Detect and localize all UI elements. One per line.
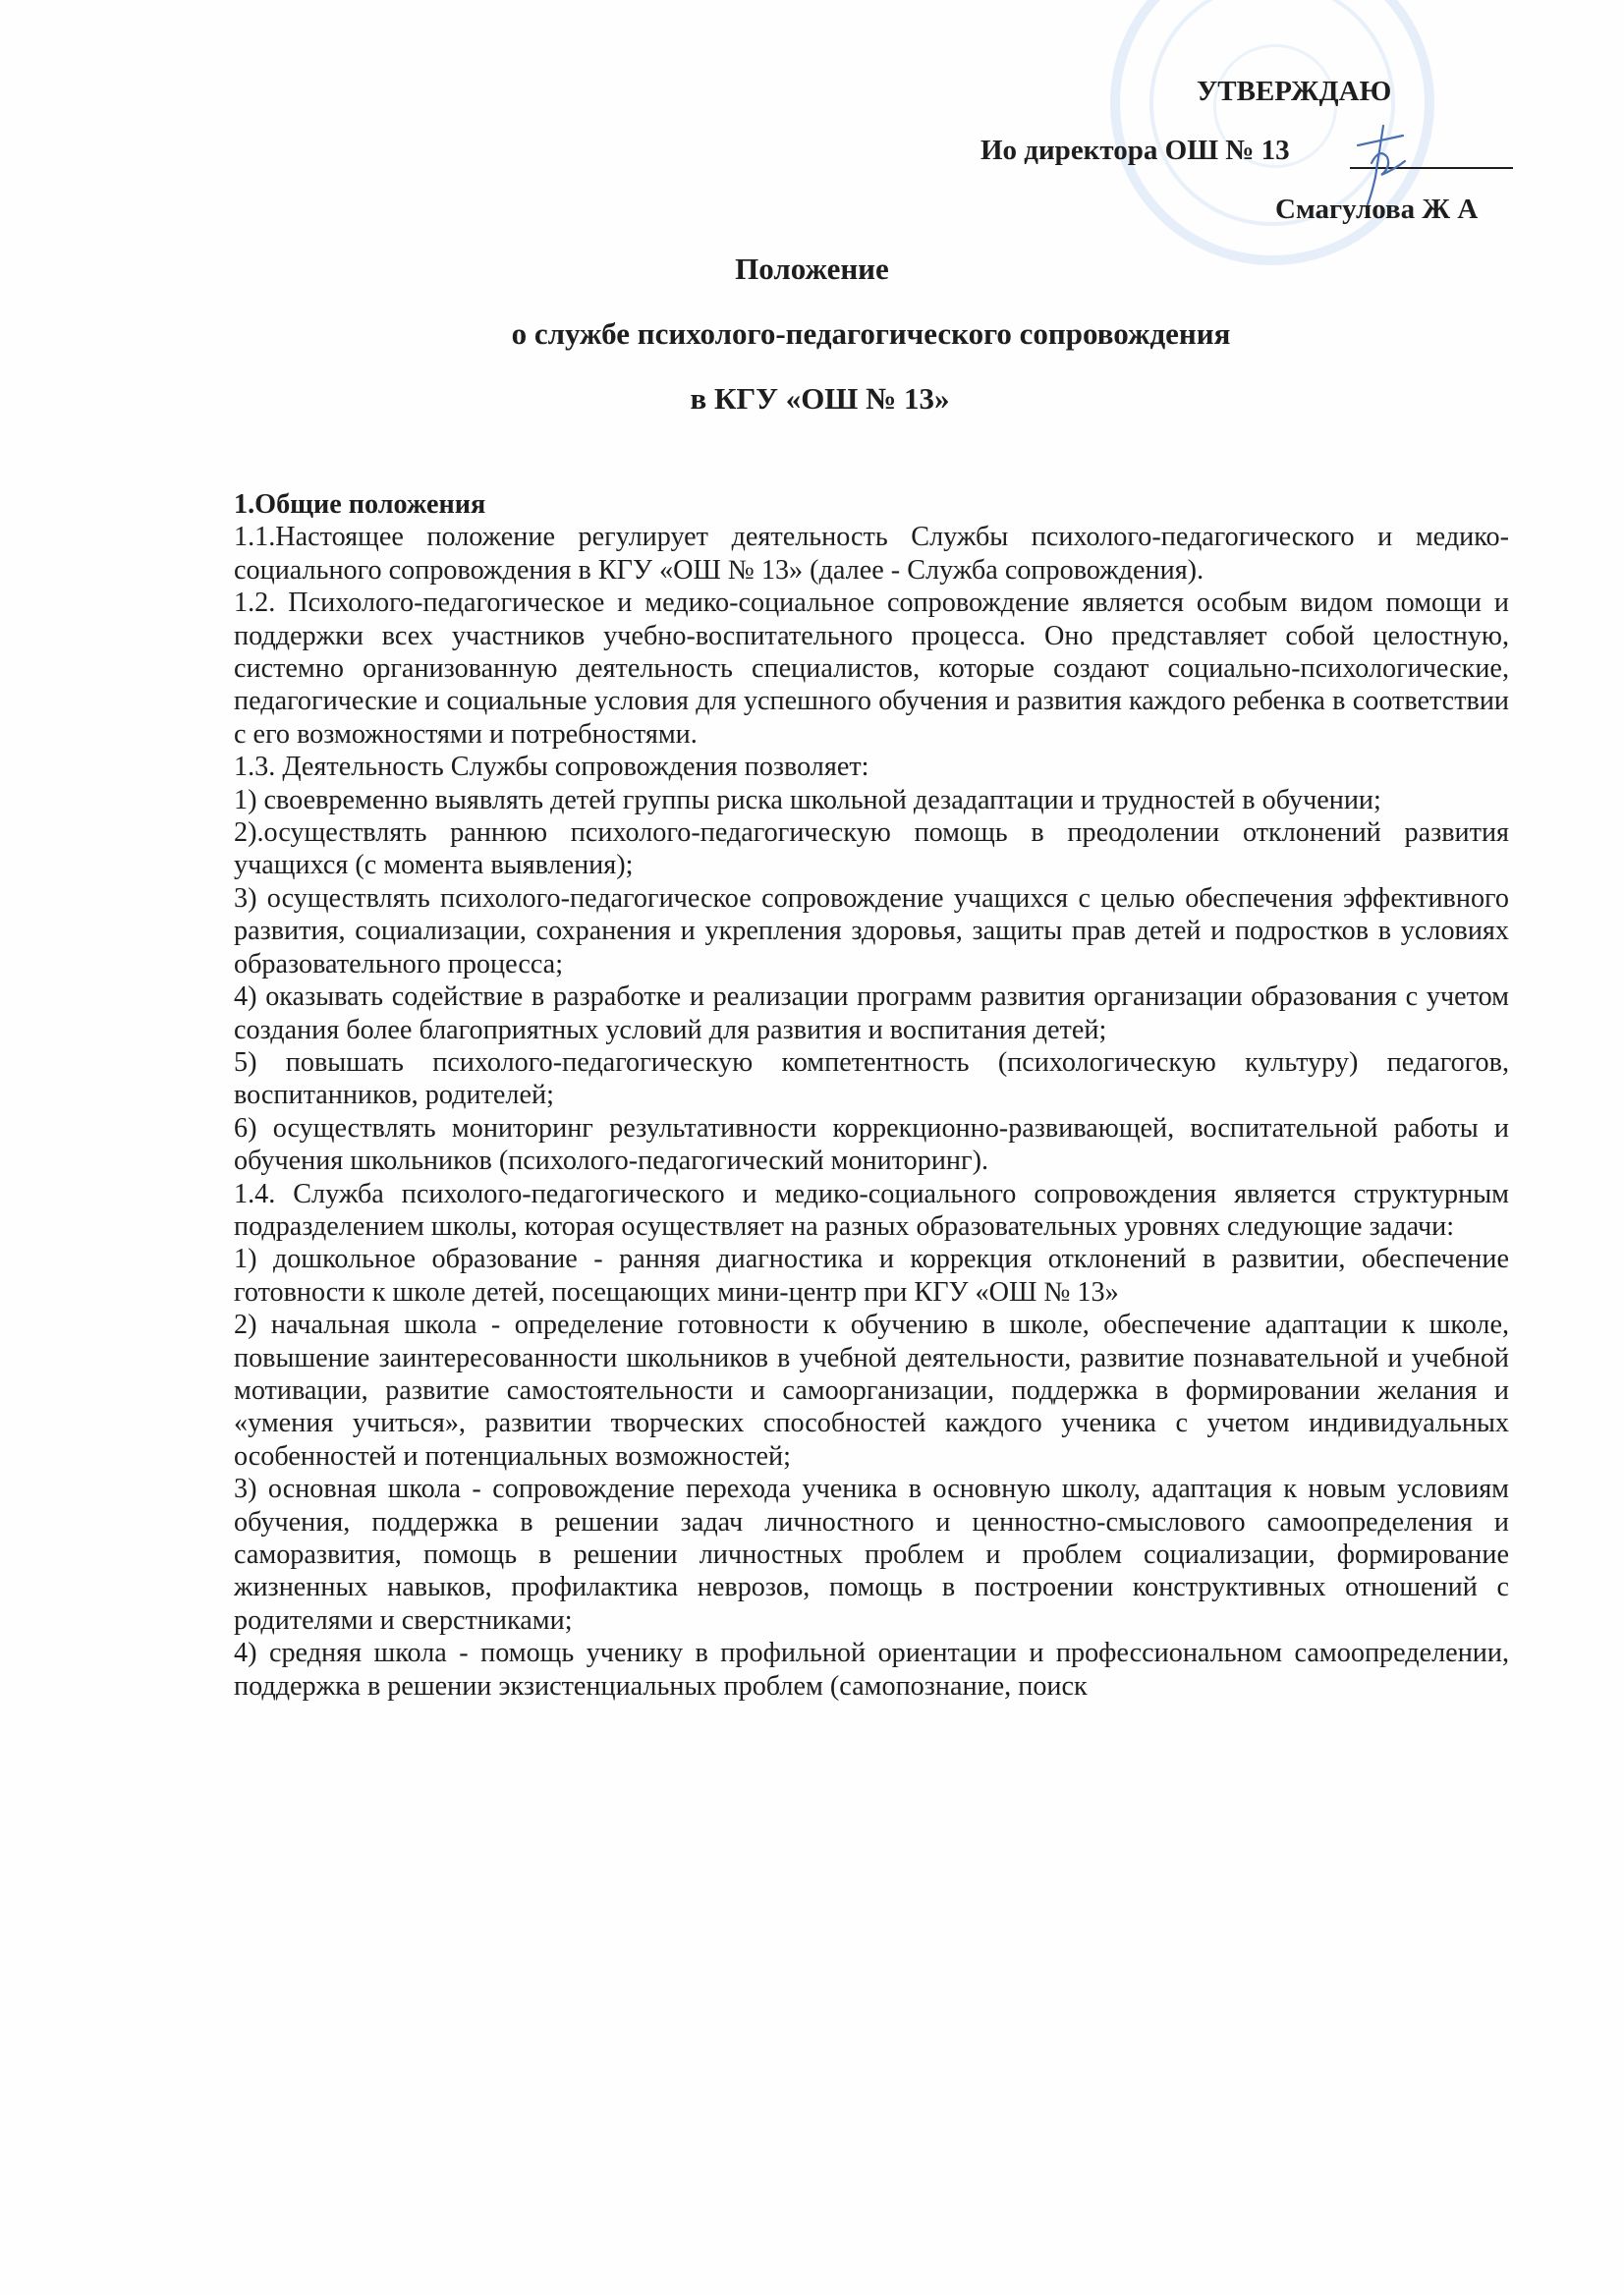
document-subtitle: о службе психолого-педагогического сопро… xyxy=(59,316,1624,352)
document-body: 1.Общие положения 1.1.Настоящее положени… xyxy=(234,488,1509,1703)
document-title: Положение xyxy=(0,252,1624,287)
paragraph-1-2: 1.2. Психолого-педагогическое и медико-с… xyxy=(234,587,1509,751)
list-item: 3) основная школа - сопровождение перехо… xyxy=(234,1473,1509,1637)
section-heading: 1.Общие положения xyxy=(234,488,1509,521)
list-item: 5) повышать психолого-педагогическую ком… xyxy=(234,1046,1509,1112)
list-item: 1) дошкольное образование - ранняя диагн… xyxy=(234,1243,1509,1309)
list-item: 2).осуществлять раннюю психолого-педагог… xyxy=(234,816,1509,882)
approval-title: УТВЕРЖДАЮ xyxy=(1197,76,1391,108)
document-page: УТВЕРЖДАЮ Ио директора ОШ № 13 Смагулова… xyxy=(0,0,1624,2295)
list-item: 1) своевременно выявлять детей группы ри… xyxy=(234,784,1509,816)
list-item: 4) средняя школа - помощь ученику в проф… xyxy=(234,1637,1509,1703)
list-item: 3) осуществлять психолого-педагогическое… xyxy=(234,882,1509,980)
list-item: 6) осуществлять мониторинг результативно… xyxy=(234,1112,1509,1178)
document-institution: в КГУ «ОШ № 13» xyxy=(8,381,1624,417)
paragraph-1-1: 1.1.Настоящее положение регулирует деяте… xyxy=(234,521,1509,587)
approval-position: Ио директора ОШ № 13 xyxy=(980,135,1290,167)
paragraph-1-4: 1.4. Служба психолого-педагогического и … xyxy=(234,1178,1509,1244)
list-item: 2) начальная школа - определение готовно… xyxy=(234,1309,1509,1473)
paragraph-1-3: 1.3. Деятельность Службы сопровождения п… xyxy=(234,751,1509,783)
approval-name: Смагулова Ж А xyxy=(1275,194,1478,226)
list-item: 4) оказывать содействие в разработке и р… xyxy=(234,980,1509,1046)
